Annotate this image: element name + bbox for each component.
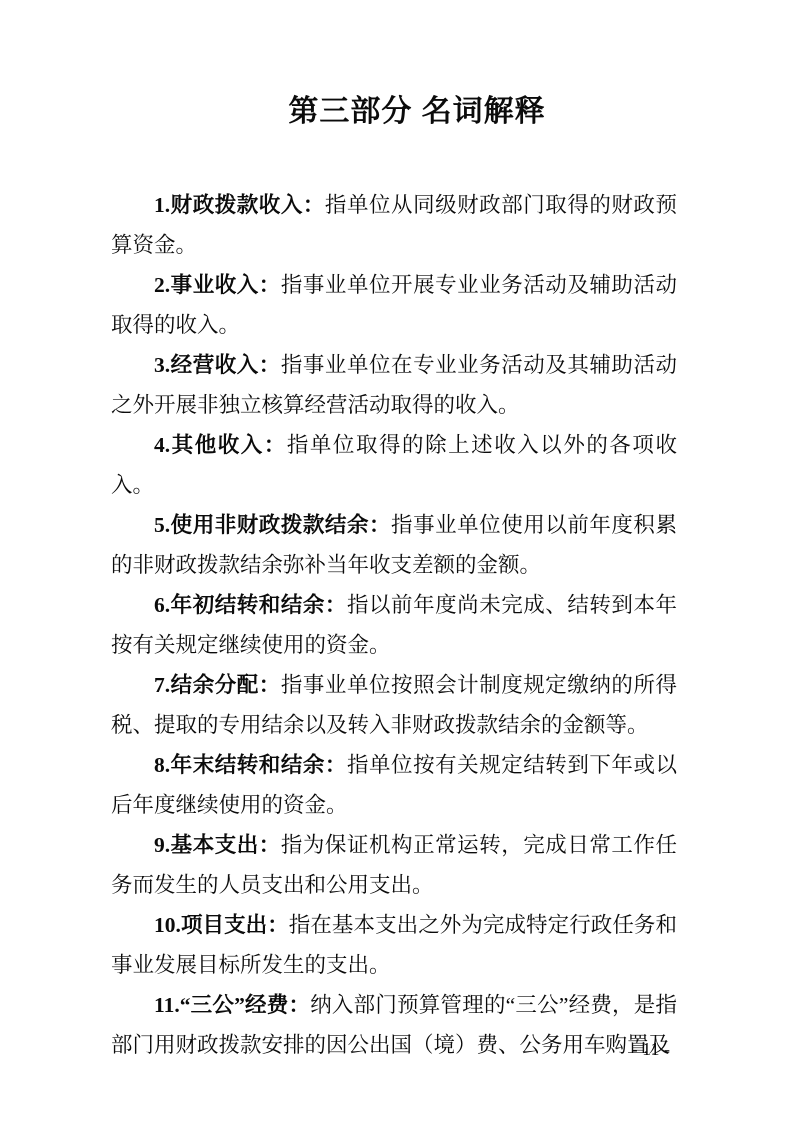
term-label: 5.使用非财政拨款结余： (154, 513, 391, 537)
term-label: 10.项目支出： (154, 913, 289, 937)
paragraph-2: 2.事业收入：指事业单位开展专业业务活动及辅助活动取得的收入。 (111, 265, 677, 345)
paragraph-1: 1.财政拨款收入：指单位从同级财政部门取得的财政预算资金。 (111, 185, 677, 265)
page-number: - 11 - (632, 1038, 670, 1060)
paragraph-5: 5.使用非财政拨款结余：指事业单位使用以前年度积累的非财政拨款结余弥补当年收支差… (111, 505, 677, 585)
term-label: 3.经营收入： (154, 353, 281, 377)
paragraph-6: 6.年初结转和结余：指以前年度尚未完成、结转到本年按有关规定继续使用的资金。 (111, 585, 677, 665)
term-label: 1.财政拨款收入： (154, 193, 325, 217)
term-label: 9.基本支出： (154, 833, 281, 857)
paragraph-8: 8.年末结转和结余：指单位按有关规定结转到下年或以后年度继续使用的资金。 (111, 745, 677, 825)
paragraph-7: 7.结余分配：指事业单位按照会计制度规定缴纳的所得税、提取的专用结余以及转入非财… (111, 665, 677, 745)
paragraph-3: 3.经营收入：指事业单位在专业业务活动及其辅助活动之外开展非独立核算经营活动取得… (111, 345, 677, 425)
paragraph-10: 10.项目支出：指在基本支出之外为完成特定行政任务和事业发展目标所发生的支出。 (111, 905, 677, 985)
document-page: 第三部分 名词解释 1.财政拨款收入：指单位从同级财政部门取得的财政预算资金。 … (0, 0, 793, 1122)
paragraph-9: 9.基本支出：指为保证机构正常运转，完成日常工作任务而发生的人员支出和公用支出。 (111, 825, 677, 905)
document-body: 1.财政拨款收入：指单位从同级财政部门取得的财政预算资金。 2.事业收入：指事业… (111, 185, 677, 1065)
term-label: 11.“三公”经费： (154, 993, 310, 1017)
term-label: 7.结余分配： (154, 673, 281, 697)
page-title: 第三部分 名词解释 (111, 90, 677, 134)
term-label: 6.年初结转和结余： (154, 593, 347, 617)
term-label: 2.事业收入： (154, 273, 281, 297)
paragraph-11: 11.“三公”经费：纳入部门预算管理的“三公”经费，是指部门用财政拨款安排的因公… (111, 985, 677, 1065)
paragraph-4: 4.其他收入：指单位取得的除上述收入以外的各项收入。 (111, 425, 677, 505)
term-label: 4.其他收入： (154, 433, 287, 457)
term-label: 8.年末结转和结余： (154, 753, 347, 777)
